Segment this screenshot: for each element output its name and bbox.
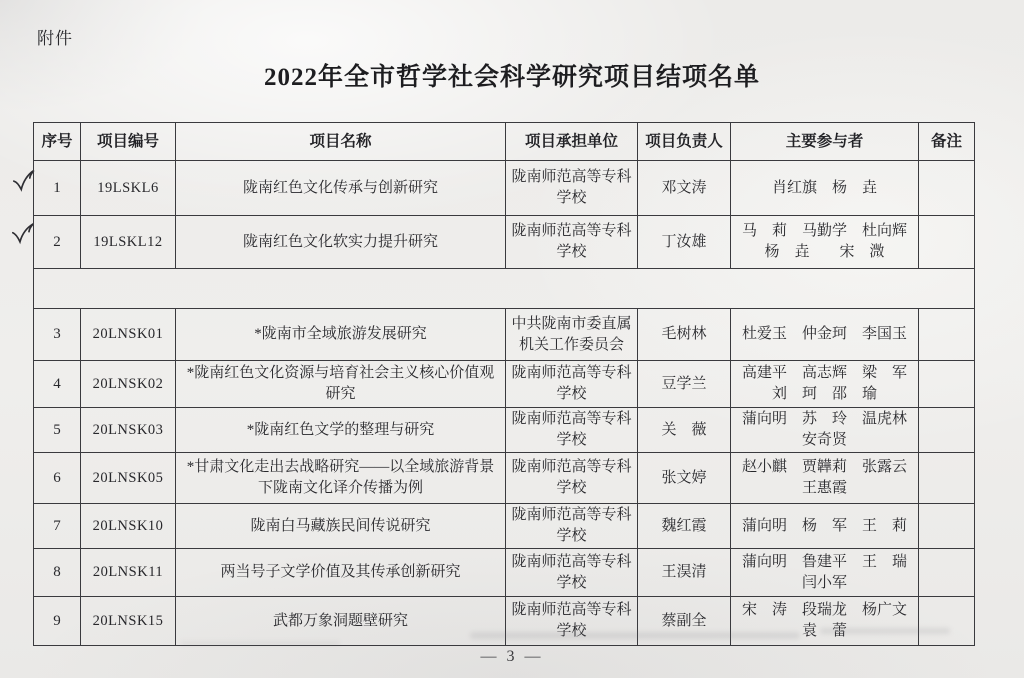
cell-no: 3 <box>34 309 81 361</box>
cell-participants: 赵小麒 贾韡莉 张露云 王惠霞 <box>731 453 919 504</box>
page-title: 2022年全市哲学社会科学研究项目结项名单 <box>0 57 1024 93</box>
cell-remark <box>919 216 975 269</box>
cell-unit: 陇南师范高等专科 学校 <box>506 504 638 549</box>
cell-name: 两当号子文学价值及其传承创新研究 <box>176 549 506 597</box>
cell-remark <box>919 408 975 453</box>
table-row: 4 20LNSK02 *陇南红色文化资源与培育社会主义核心价值观 研究 陇南师范… <box>34 361 975 408</box>
cell-leader: 魏红霞 <box>638 504 731 549</box>
cell-remark <box>919 549 975 597</box>
cell-name: 陇南白马藏族民间传说研究 <box>176 504 506 549</box>
cell-name: *甘肃文化走出去战略研究——以全域旅游背景 下陇南文化译介传播为例 <box>176 453 506 504</box>
cell-remark <box>919 453 975 504</box>
cell-code: 20LNSK05 <box>81 453 176 504</box>
table-row: 1 19LSKL6 陇南红色文化传承与创新研究 陇南师范高等专科 学校 邓文涛 … <box>34 161 975 216</box>
col-header-code: 项目编号 <box>81 123 176 161</box>
cell-unit: 陇南师范高等专科 学校 <box>506 549 638 597</box>
cell-participants: 蒲向明 苏 玲 温虎林 安奇贤 <box>731 408 919 453</box>
project-completion-table: 序号 项目编号 项目名称 项目承担单位 项目负责人 主要参与者 备注 1 19L… <box>33 122 975 646</box>
table-row: 2 19LSKL12 陇南红色文化软实力提升研究 陇南师范高等专科 学校 丁汝雄… <box>34 216 975 269</box>
cell-no: 9 <box>34 597 81 646</box>
cell-leader: 豆学兰 <box>638 361 731 408</box>
cell-no: 2 <box>34 216 81 269</box>
cell-no: 8 <box>34 549 81 597</box>
table-header-row: 序号 项目编号 项目名称 项目承担单位 项目负责人 主要参与者 备注 <box>34 123 975 161</box>
empty-separator-row <box>34 269 975 309</box>
cell-unit: 陇南师范高等专科 学校 <box>506 453 638 504</box>
col-header-unit: 项目承担单位 <box>506 123 638 161</box>
col-header-name: 项目名称 <box>176 123 506 161</box>
cell-no: 7 <box>34 504 81 549</box>
scan-smudge <box>470 632 800 639</box>
col-header-leader: 项目负责人 <box>638 123 731 161</box>
cell-remark <box>919 161 975 216</box>
cell-code: 19LSKL6 <box>81 161 176 216</box>
cell-participants: 杜爱玉 仲金珂 李国玉 <box>731 309 919 361</box>
table-row: 3 20LNSK01 *陇南市全域旅游发展研究 中共陇南市委直属 机关工作委员会… <box>34 309 975 361</box>
col-header-no: 序号 <box>34 123 81 161</box>
empty-cell <box>34 269 975 309</box>
cell-remark <box>919 361 975 408</box>
cell-name: 陇南红色文化软实力提升研究 <box>176 216 506 269</box>
cell-unit: 陇南师范高等专科 学校 <box>506 216 638 269</box>
cell-no: 4 <box>34 361 81 408</box>
cell-participants: 马 莉 马勤学 杜向辉 杨 垚 宋 溦 <box>731 216 919 269</box>
cell-leader: 毛树林 <box>638 309 731 361</box>
col-header-participants: 主要参与者 <box>731 123 919 161</box>
cell-remark <box>919 504 975 549</box>
table-row: 5 20LNSK03 *陇南红色文学的整理与研究 陇南师范高等专科 学校 关 薇… <box>34 408 975 453</box>
cell-name: *陇南红色文学的整理与研究 <box>176 408 506 453</box>
cell-code: 20LNSK11 <box>81 549 176 597</box>
cell-unit: 中共陇南市委直属 机关工作委员会 <box>506 309 638 361</box>
cell-unit: 陇南师范高等专科 学校 <box>506 161 638 216</box>
page-number: — 3 — <box>0 648 1024 666</box>
cell-remark <box>919 309 975 361</box>
cell-participants: 蒲向明 杨 军 王 莉 <box>731 504 919 549</box>
attachment-label: 附件 <box>37 24 73 49</box>
cell-participants: 肖红旗 杨 垚 <box>731 161 919 216</box>
cell-unit: 陇南师范高等专科 学校 <box>506 361 638 408</box>
cell-no: 6 <box>34 453 81 504</box>
cell-code: 20LNSK03 <box>81 408 176 453</box>
cell-unit: 陇南师范高等专科 学校 <box>506 408 638 453</box>
cell-code: 20LNSK01 <box>81 309 176 361</box>
cell-leader: 丁汝雄 <box>638 216 731 269</box>
cell-code: 20LNSK15 <box>81 597 176 646</box>
cell-code: 20LNSK10 <box>81 504 176 549</box>
table-row: 8 20LNSK11 两当号子文学价值及其传承创新研究 陇南师范高等专科 学校 … <box>34 549 975 597</box>
cell-participants: 高建平 高志辉 梁 军 刘 珂 邵 瑜 <box>731 361 919 408</box>
cell-name: *陇南市全域旅游发展研究 <box>176 309 506 361</box>
cell-leader: 张文婷 <box>638 453 731 504</box>
cell-leader: 邓文涛 <box>638 161 731 216</box>
cell-code: 19LSKL12 <box>81 216 176 269</box>
cell-name: *陇南红色文化资源与培育社会主义核心价值观 研究 <box>176 361 506 408</box>
table-row: 7 20LNSK10 陇南白马藏族民间传说研究 陇南师范高等专科 学校 魏红霞 … <box>34 504 975 549</box>
cell-participants: 蒲向明 鲁建平 王 瑞 闫小军 <box>731 549 919 597</box>
cell-no: 1 <box>34 161 81 216</box>
col-header-remark: 备注 <box>919 123 975 161</box>
table-row: 6 20LNSK05 *甘肃文化走出去战略研究——以全域旅游背景 下陇南文化译介… <box>34 453 975 504</box>
cell-name: 武都万象洞题壁研究 <box>176 597 506 646</box>
cell-name: 陇南红色文化传承与创新研究 <box>176 161 506 216</box>
cell-leader: 关 薇 <box>638 408 731 453</box>
scanned-document-page: { "page": { "attachment_label": "附件", "t… <box>0 0 1024 678</box>
cell-remark <box>919 597 975 646</box>
scan-smudge <box>180 641 340 646</box>
cell-leader: 王淏清 <box>638 549 731 597</box>
cell-code: 20LNSK02 <box>81 361 176 408</box>
cell-no: 5 <box>34 408 81 453</box>
scan-smudge <box>820 628 950 634</box>
